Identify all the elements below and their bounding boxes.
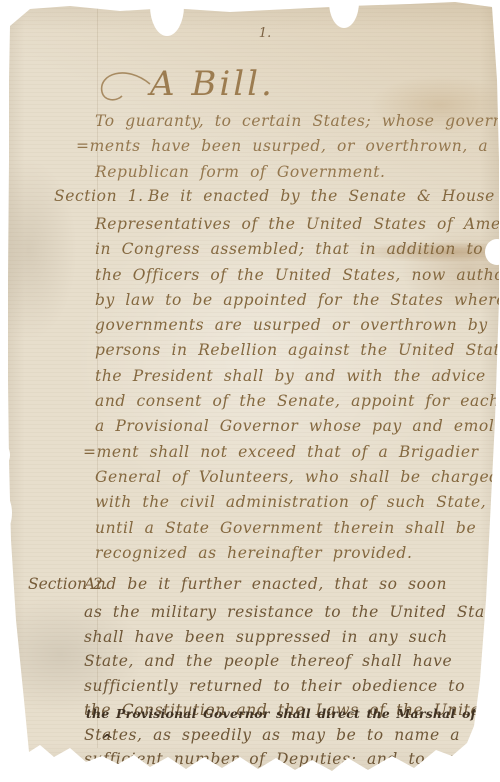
manuscript-line: and consent of the Senate, appoint for e… [95, 389, 500, 414]
inserted-amendment-struck-text: the United States [483, 706, 500, 721]
inserted-amendment-line: the Provisional Governor shall direct th… [86, 706, 500, 721]
section-1-first-line: Be it enacted by the Senate & House of [148, 187, 500, 205]
manuscript-line: shall have been suppressed in any such [84, 625, 500, 650]
manuscript-line: with the civil administration of such St… [95, 490, 500, 515]
preamble-line: Republican form of Government. [76, 160, 500, 185]
inserted-amendment-text: the Provisional Governor shall direct th… [86, 706, 476, 721]
section-1-label: Section 1. [54, 184, 148, 209]
preamble-line: To guaranty, to certain States; whose go… [76, 109, 500, 134]
manuscript-line: a Provisional Governor whose pay and emo… [95, 414, 500, 439]
manuscript-line: sufficiently returned to their obedience… [84, 674, 500, 699]
preamble-line: =ments have been usurped, or overthrown,… [76, 134, 500, 159]
section-1-row: Section 1.Be it enacted by the Senate & … [54, 184, 500, 209]
manuscript-line: the President shall by and with the advi… [95, 364, 500, 389]
manuscript-line: States, as speedily as may be to name a [84, 723, 500, 748]
title-flourish-icon [96, 70, 154, 114]
paper-sheet: 1. A Bill. To guaranty, to certain State… [0, 0, 500, 782]
paper-left-notch-upper [0, 442, 10, 468]
document-title: A Bill. [150, 64, 275, 104]
document-scan: 1. A Bill. To guaranty, to certain State… [0, 0, 500, 782]
manuscript-line: governments are usurped or overthrown by [95, 313, 500, 338]
section-1-body: Representatives of the United States of … [95, 212, 500, 566]
manuscript-line: in Congress assembled; that in addition … [95, 237, 500, 262]
preamble: To guaranty, to certain States; whose go… [76, 109, 500, 185]
manuscript-line: General of Volunteers, who shall be char… [95, 465, 500, 490]
manuscript-line: Representatives of the United States of … [95, 212, 500, 237]
section-2-row: Section 2.And be it further enacted, tha… [28, 572, 447, 597]
manuscript-line: by law to be appointed for the States wh… [95, 288, 500, 313]
section-2-label: Section 2. [28, 572, 84, 597]
manuscript-line: persons in Rebellion against the United … [95, 338, 500, 363]
manuscript-line: as the military resistance to the United… [84, 600, 500, 625]
manuscript-line: =ment shall not exceed that of a Brigadi… [83, 440, 500, 465]
manuscript-line: recognized as hereinafter provided. [95, 541, 500, 566]
page-number: 1. [230, 26, 300, 41]
manuscript-line: the Officers of the United States, now a… [95, 263, 500, 288]
manuscript-line: State, and the people thereof shall have [84, 649, 500, 674]
insertion-caret: ^ [101, 731, 114, 749]
section-2-first-line: And be it further enacted, that so soon [84, 575, 447, 593]
manuscript-line: until a State Government therein shall b… [95, 516, 500, 541]
manuscript-line: sufficient number of Deputies; and to en… [84, 747, 500, 772]
section-2-body: as the military resistance to the United… [84, 600, 500, 772]
